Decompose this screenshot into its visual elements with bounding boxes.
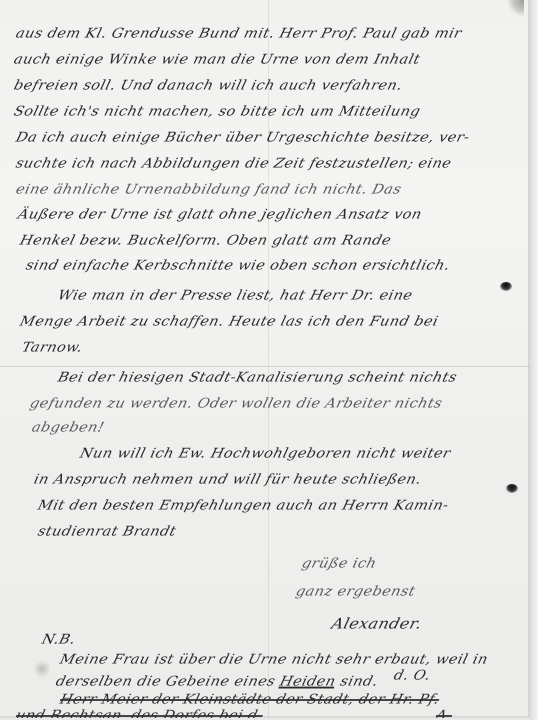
letter-line-20: studienrat Brandt [36, 525, 178, 540]
letter-line-9: Henkel bezw. Buckelform. Oben glatt am R… [18, 234, 393, 249]
letter-line-18: in Anspruch nehmen und will für heute sc… [32, 473, 423, 488]
ink-smudge [34, 660, 50, 678]
letter-line-6: suchte ich nach Abbildungen die Zeit fes… [14, 157, 453, 172]
postscript-line-2: derselben die Gebeine eines Heiden sind. [54, 675, 379, 690]
letter-line-10: sind einfache Kerbschnitte wie oben scho… [24, 259, 451, 274]
paper-fold-horizontal [0, 366, 530, 367]
struck-line-1: Herr Meier der Kleinstädte der Stadt, de… [58, 693, 441, 708]
letter-line-19: Mit den besten Empfehlungen auch an Herr… [36, 499, 450, 514]
postscript-line-1: Meine Frau ist über die Urne nicht sehr … [58, 653, 489, 668]
letter-page: aus dem Kl. Grendusse Bund mit. Herr Pro… [0, 0, 530, 718]
closing-greeting-1: grüße ich [300, 557, 378, 572]
punch-hole-lower [506, 484, 518, 493]
punch-hole-upper [500, 282, 512, 291]
page-corner-curl [508, 0, 524, 16]
signature: Alexander. [330, 615, 424, 632]
letter-line-15: gefunden zu werden. Oder wollen die Arbe… [28, 397, 444, 412]
postscript-label: N.B. [40, 633, 77, 648]
letter-line-2: auch einige Winke wie man die Urne von d… [12, 53, 422, 68]
postscript-initials: d. O. [392, 669, 432, 684]
letter-line-11: Wie man in der Presse liest, hat Herr Dr… [56, 289, 414, 304]
letter-line-5: Da ich auch einige Bücher über Urgeschic… [14, 131, 471, 146]
scan-right-edge [530, 0, 538, 720]
letter-line-14: Bei der hiesigen Stadt-Kanalisierung sch… [56, 371, 458, 386]
letter-line-7: eine ähnliche Urnenabbildung fand ich ni… [14, 183, 403, 198]
letter-line-4: Sollte ich's nicht machen, so bitte ich … [12, 105, 422, 120]
letter-line-16: abgeben! [30, 421, 106, 436]
struck-fragment: A. [434, 709, 454, 718]
closing-greeting-2: ganz ergebenst [294, 585, 417, 600]
struck-line-2: und Rechtsan. des Dorfes bei d. [14, 709, 264, 718]
letter-line-17: Nun will ich Ew. Hochwohlgeboren nicht w… [78, 447, 452, 462]
letter-line-12: Menge Arbeit zu schaffen. Heute las ich … [18, 315, 440, 330]
postscript-line-2-text: derselben die Gebeine eines Heiden sind. [54, 675, 379, 690]
letter-line-13: Tarnow. [20, 341, 84, 356]
letter-line-1: aus dem Kl. Grendusse Bund mit. Herr Pro… [14, 27, 463, 42]
letter-line-8: Äußere der Urne ist glatt ohne jeglichen… [16, 208, 423, 223]
underlined-word: Heiden [278, 675, 337, 690]
letter-line-3: befreien soll. Und danach will ich auch … [12, 79, 404, 94]
